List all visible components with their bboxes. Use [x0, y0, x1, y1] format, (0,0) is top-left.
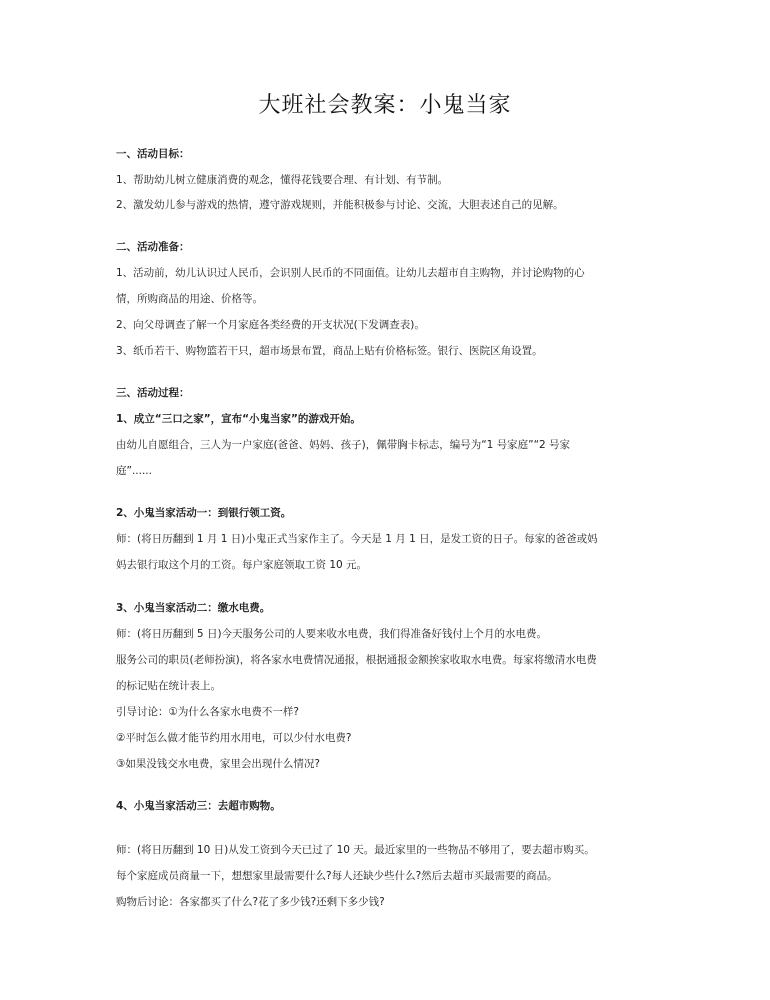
step-line: ②平时怎么做才能节约用水用电，可以少付水电费?	[116, 731, 352, 745]
step-title: 3、小鬼当家活动二：缴水电费。	[116, 601, 270, 615]
section-heading-process: 三、活动过程：	[116, 386, 190, 400]
section-heading-prep: 二、活动准备：	[116, 240, 190, 254]
prep-item: 1、活动前，幼儿认识过人民币，会识别人民币的不同面值。让幼儿去超市自主购物，并讨…	[116, 266, 585, 280]
step-title: 4、小鬼当家活动三：去超市购物。	[116, 799, 281, 813]
prep-item: 3、纸币若干、购物篮若干只，超市场景布置，商品上贴有价格标签。银行、医院区角设置…	[116, 344, 543, 358]
prep-item: 情，所购商品的用途、价格等。	[116, 292, 263, 306]
step-line: ③如果没钱交水电费，家里会出现什么情况?	[116, 757, 320, 771]
step-line: 的标记贴在统计表上。	[116, 679, 221, 693]
section-heading-goals: 一、活动目标：	[116, 147, 190, 161]
step-line: 每个家庭成员商量一下，想想家里最需要什么?每人还缺少些什么?然后去超市买最需要的…	[116, 869, 558, 883]
step-title: 2、小鬼当家活动一：到银行领工资。	[116, 506, 291, 520]
step-title: 1、成立“三口之家”，宣布“小鬼当家”的游戏开始。	[116, 412, 361, 426]
step-line: 庭”......	[116, 464, 152, 478]
step-line: 师：(将日历翻到 5 日)今天服务公司的人要来收水电费，我们得准备好钱付上个月的…	[116, 627, 547, 641]
step-line: 妈去银行取这个月的工资。每户家庭领取工资 10 元。	[116, 558, 367, 572]
step-line: 购物后讨论：各家都买了什么?花了多少钱?还剩下多少钱?	[116, 895, 385, 909]
document-title: 大班社会教案：小鬼当家	[0, 88, 770, 119]
step-line: 由幼儿自愿组合，三人为一户家庭(爸爸、妈妈、孩子)，佩带胸卡标志，编号为“1 号…	[116, 438, 570, 452]
prep-item: 2、向父母调查了解一个月家庭各类经费的开支状况(下发调查表)。	[116, 318, 425, 332]
goal-item: 1、帮助幼儿树立健康消费的观念，懂得花钱要合理、有计划、有节制。	[116, 173, 448, 187]
goal-item: 2、激发幼儿参与游戏的热情，遵守游戏规则，并能积极参与讨论、交流，大胆表述自己的…	[116, 198, 564, 212]
step-line: 师：(将日历翻到 1 月 1 日)小鬼正式当家作主了。今天是 1 月 1 日，是…	[116, 532, 598, 546]
step-line: 引导讨论：①为什么各家水电费不一样?	[116, 705, 299, 719]
step-line: 师：(将日历翻到 10 日)从发工资到今天已过了 10 天。最近家里的一些物品不…	[116, 843, 595, 857]
step-line: 服务公司的职员(老师扮演)，将各家水电费情况通报，根据通报金额挨家收取水电费。每…	[116, 653, 597, 667]
